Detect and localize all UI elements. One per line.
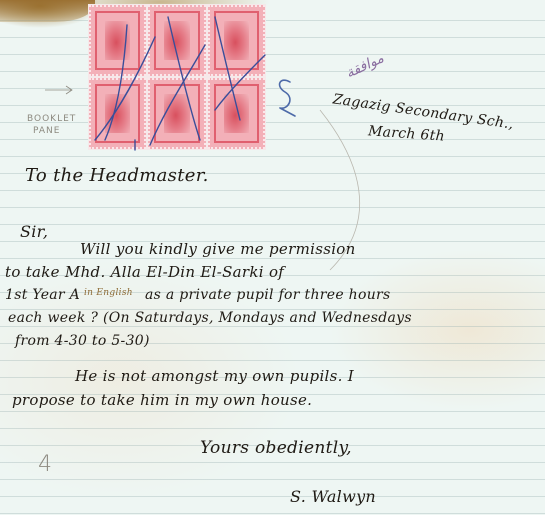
body-line-1: Will you kindly give me permission — [80, 240, 356, 258]
body-line-2: to take Mhd. Alla El-Din El-Sarki of — [5, 263, 284, 281]
stamp-icon — [89, 5, 146, 76]
closing: Yours obediently, — [200, 438, 352, 458]
body-line-4: each week ? (On Saturdays, Mondays and W… — [8, 310, 412, 326]
stamp-icon — [208, 5, 265, 76]
stamp-icon — [208, 78, 265, 149]
stamp-icon — [89, 78, 146, 149]
signature: S. Walwyn — [290, 487, 376, 506]
body-line-7: propose to take him in my own house. — [12, 391, 312, 409]
stamp-icon — [148, 5, 205, 76]
margin-note-pane: PANE — [33, 126, 60, 136]
body-line-3a: 1st Year A — [5, 287, 80, 303]
insertion-in-english: in English — [84, 288, 133, 298]
page-number: 4 — [38, 452, 52, 477]
salutation-to: To the Headmaster. — [25, 165, 209, 186]
stamp-icon — [148, 78, 205, 149]
margin-note-booklet: BOOKLET — [27, 114, 76, 124]
letter-page: BOOKLET PANE موافقة Zagazig Secondary Sc… — [0, 0, 545, 515]
body-line-5: from 4-30 to 5-30) — [15, 333, 150, 349]
body-line-6: He is not amongst my own pupils. I — [75, 367, 354, 385]
body-line-3b: as a private pupil for three hours — [145, 287, 391, 303]
salutation: Sir, — [20, 222, 48, 241]
stamp-booklet-pane — [88, 4, 266, 150]
